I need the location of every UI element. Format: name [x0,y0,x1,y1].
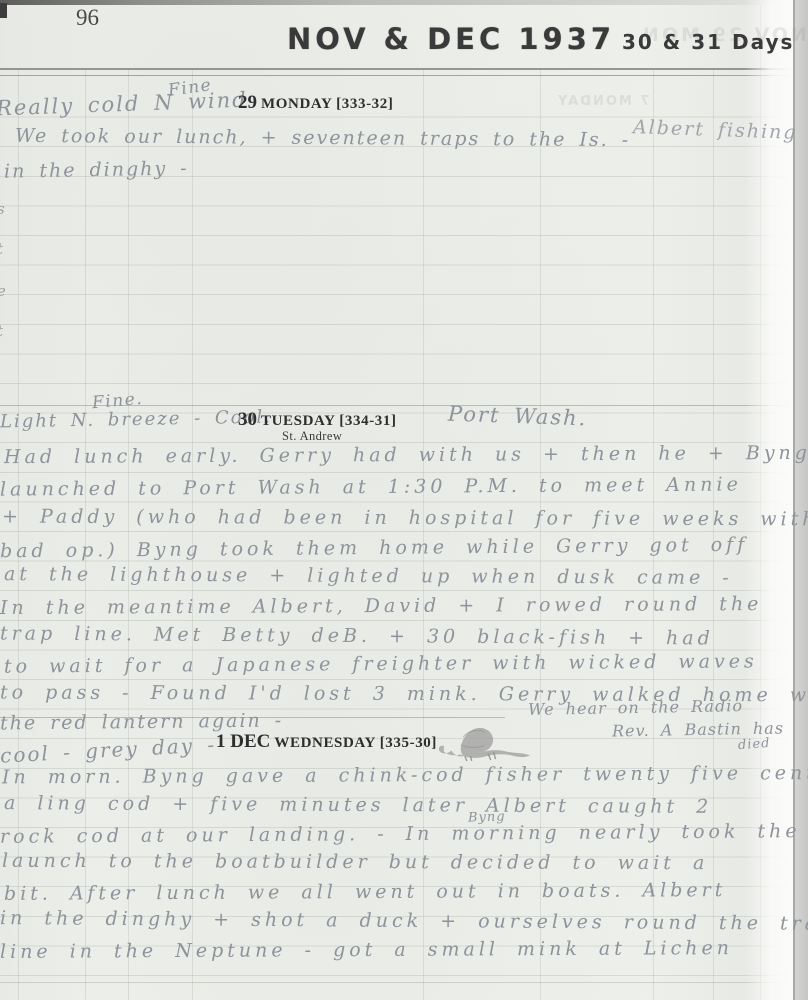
day-label: TUESDAY [334-31] [261,413,397,429]
bleed-through-text: 7 MONDAY [556,94,649,109]
scan-corner-mark [0,3,7,18]
handwriting-line: Had lunch early. Gerry had with us + the… [4,442,808,468]
page-number: 96 [76,5,99,31]
handwriting-line: bit. After lunch we all went out in boat… [4,879,726,905]
inserted-word: Byng [468,809,506,825]
days-count-label: 30 & 31 Days [622,30,794,54]
radio-note-line: died [738,736,771,753]
monday-date-header: 29 MONDAY [333-32] [238,92,393,114]
wednesday-date-header: 1 DEC WEDNESDAY [335-30] [216,731,437,753]
handwriting-line: In morn. Byng gave a chink-cod fisher tw… [2,762,808,789]
handwriting-line: a ling cod + five minutes later Albert c… [4,792,712,818]
margin-mark: t [0,322,3,340]
margin-mark: t [0,240,3,258]
day-number: 30 [238,409,257,430]
margin-mark: s [0,200,5,218]
handwriting-line: at the lighthouse + lighted up when dusk… [4,563,733,589]
day-label: WEDNESDAY [335-30] [274,735,437,751]
day-number: 29 [238,92,257,113]
handwriting-line: line in the Neptune - got a small mink a… [0,937,733,963]
scan-right-band [795,0,808,1000]
day-label: MONDAY [333-32] [261,96,393,112]
scan-top-edge [0,0,808,5]
radio-note-line: We hear on the Radio [528,696,743,719]
month-banner: NOV & DEC 1937 [287,22,615,56]
place-note: Port Wash. [448,402,588,431]
page-curve-highlight [744,0,794,1000]
bottom-rule [0,982,796,983]
day-number: 1 DEC [216,731,270,752]
handwriting-line: launch to the boatbuilder but decided to… [2,850,708,874]
tuesday-date-header: 30 TUESDAY [334-31] [238,409,397,431]
header-divider-rule [0,68,796,76]
handwriting-line: In the meantime Albert, David + I rowed … [0,593,762,619]
saint-day-label: St. Andrew [282,429,342,444]
margin-mark: e [0,282,6,300]
mink-sketch-icon [436,716,536,762]
handwriting-line: + Paddy (who had been in hospital for fi… [2,506,808,531]
handwriting-line: in the dinghy - [4,157,189,182]
handwriting-line: We took our lunch, + seventeen traps to … [15,125,630,151]
diary-page-scan: NOV 29 MON 7 MONDAY s t e t 96 NOV & DEC… [0,0,808,1000]
